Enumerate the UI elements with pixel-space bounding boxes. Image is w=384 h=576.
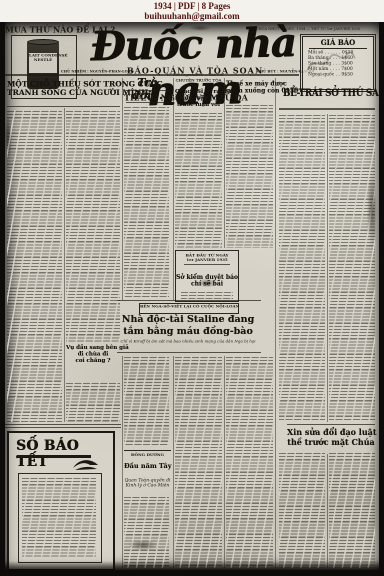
column-rule [122,78,123,300]
column-rule [224,78,225,248]
staline-subtitle: Chỉ vì Kiroff bị ám sát mà bao nhiêu sin… [115,339,261,349]
column-rule [64,108,65,422]
headline-thieu-sot: MỘT CHỖ THIẾU SÓT TRONG CUỘC TRANH SỐNG … [7,80,120,106]
paper-stain [123,538,163,552]
ink-stain [194,277,220,289]
headline-quach: CHUYỆN TRƯỚC TÒA Quách-Sĩ sẽ ra tòa nữa … [175,78,222,108]
body-text-column [22,477,96,557]
column-rule [122,356,123,568]
director-credit: CHỦ NHIỆM : NGUYỄN-PHAN-LONG [61,69,131,77]
column-rule [173,356,174,568]
column-rule [327,114,328,422]
headline-zoo: BẺ-TRÁI SỞ THÚ SAIGON [277,88,377,106]
price-row: Ngoại-quốc . . 9$50 [308,72,353,77]
censor-notice-box: BẮT ĐẦU TỪ NGÀY 1er JANVIER 1935 Sở kiểm… [175,250,239,302]
headline-church: Xin sửa đổi đạo luật thề trước mặt Chúa [287,427,375,449]
headline-rule [279,108,375,110]
subhead-vu-dau: Vụ đầu sang bên giả đi chùa đi coi chăng… [66,344,120,380]
body-text-column [279,452,325,568]
headline-tax: Thuế xe máy được giảm xuống còn 0$50 [226,80,273,102]
notice-rule [184,264,230,265]
body-text-column [124,496,169,568]
staline-kicker: BÊN NGA-SÔ-VIẾT LẠI CÓ CUỘC NỘI-LOẠN [139,303,239,314]
price-row: Mỗi số . . . . . . 0$10 [308,50,353,55]
body-text-column [124,356,169,446]
dateline: CHÚA NHỰT 30 DÉC. 1934 — THỨ TƯ 1er JANV… [243,27,373,33]
paper-stain [185,24,215,32]
milk-can-label: LAIT CONDENSÉ NESTLÉ [29,53,57,73]
body-text-column [226,104,273,248]
headline-rule [126,102,169,103]
ornament-icon [71,457,101,471]
price-row: Sáu tháng . . . 3$00 [308,61,353,66]
body-text-column [175,112,222,248]
double-rule [5,424,121,425]
body-text-column [175,356,222,568]
price-row: Ba tháng . . . . 1$60 [308,56,353,61]
price-box-title: GIÁ BÁO [309,38,367,49]
body-text-column [66,110,120,342]
body-text-column [124,106,169,298]
headline-tro-doi: Trò đời... [124,76,171,90]
headline-tro-doi-sub: THẰNG NGƯỜI VÀ MÀU DA [124,93,171,101]
price-box: GIÁ BÁO Mỗi số . . . . . . 0$10 Ba tháng… [302,36,374,90]
body-text-column [279,114,325,422]
scan-overlay-line1: 1934 | PDF | 8 Pages [0,0,384,11]
column-rule [173,78,174,300]
indochina-brief: ĐÔNG DƯƠNG Đầu năm Tây Quan Toàn-quyền đ… [124,450,171,493]
body-text-column [226,356,273,568]
price-row: Một năm . . . . 7$00 [308,67,353,72]
headline-rule [7,106,120,107]
article-rule [117,300,261,301]
article-rule [287,424,375,425]
body-text-column [329,452,375,568]
headline-staline: Nhà độc-tài Staline đang tắm bằng máu đồ… [117,314,259,338]
scan-overlay-line2: buihuuhanh@gmail.com [0,11,384,21]
notice-microtext [181,291,233,299]
scan-overlay-strip: 1934 | PDF | 8 Pages buihuuhanh@gmail.co… [0,0,384,22]
column-rule [224,356,225,568]
column-rule [327,454,328,568]
body-text-column [66,382,120,422]
article-rule [117,352,261,353]
scanned-newspaper-page: 1934 | PDF | 8 Pages buihuuhanh@gmail.co… [0,0,384,576]
column-rule [275,78,276,568]
tet-inner-frame [18,473,102,563]
tet-issue-box: SỐ BÁO TẾT [7,431,115,570]
body-text-column [7,110,62,422]
double-rule [5,427,121,428]
body-text-column [329,114,375,422]
edge-stain [365,162,379,258]
headline-rule [126,90,169,91]
newspaper-sheet: MUA THỨ NÀO ĐỂ LẠI ? LAIT CONDENSÉ NESTL… [5,22,379,570]
